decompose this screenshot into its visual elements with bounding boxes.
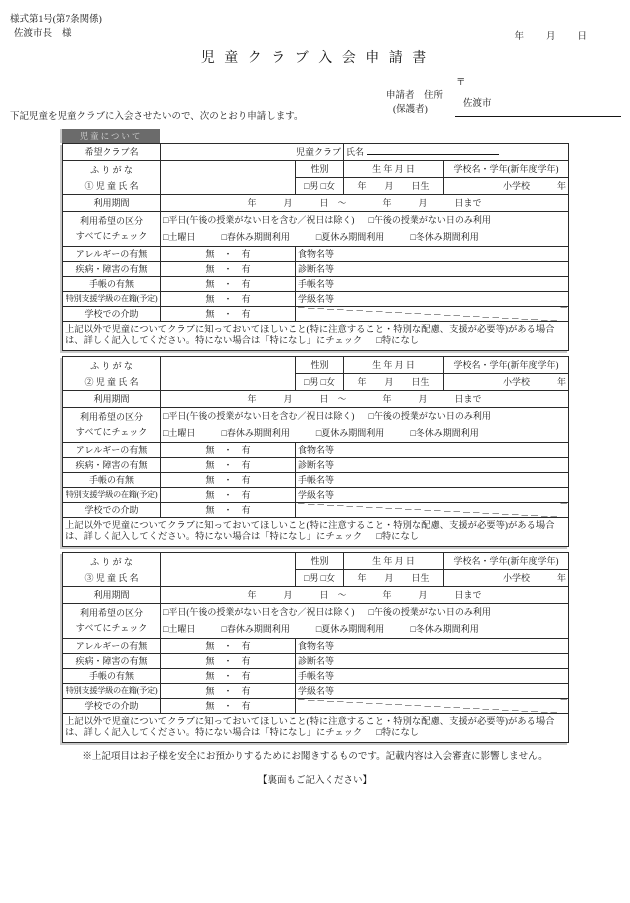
period-label: 利用期間	[63, 391, 161, 408]
special-class-label: 特別支援学級の在籍(予定)	[63, 684, 161, 699]
allergy-none-yes[interactable]: 無 ・ 有	[161, 639, 296, 654]
child-number-label: ③ 児 童 氏 名	[65, 570, 158, 586]
diagnosis-name-cell[interactable]: 診断名等	[296, 654, 569, 669]
category-label-cell: 利用希望の区分 すべてにチェック	[63, 212, 161, 247]
allergy-none-yes[interactable]: 無 ・ 有	[161, 443, 296, 458]
sex-checkboxes[interactable]: □男 □女	[296, 374, 344, 391]
footer-back-note: 【裏面もご記入ください】	[0, 772, 630, 786]
birth-label: 生 年 月 日	[344, 357, 444, 374]
allergy-label: アレルギーの有無	[63, 443, 161, 458]
checkbox-summer-break[interactable]: □夏休み期間利用	[316, 624, 384, 635]
notebook-none-yes[interactable]: 無 ・ 有	[161, 277, 296, 292]
note-text: 上記以外で児童についてクラブに知っておいてほしいこと(特に注意すること・特別な配…	[65, 717, 554, 738]
checkbox-nothing-special[interactable]: □特になし	[376, 728, 419, 738]
food-name-cell[interactable]: 食物名等	[296, 443, 569, 458]
class-name-cell[interactable]: 学級名等	[296, 684, 569, 699]
category-sublabel: すべてにチェック	[65, 621, 158, 636]
period-label: 利用期間	[63, 587, 161, 604]
sex-checkboxes[interactable]: □男 □女	[296, 178, 344, 195]
addressee-honorific: 様	[62, 29, 72, 39]
checkbox-saturday[interactable]: □土曜日	[163, 624, 195, 635]
category-label-cell: 利用希望の区分 すべてにチェック	[63, 604, 161, 639]
child-name-label-cell: ふ り が な ② 児 童 氏 名	[63, 357, 161, 391]
addressee-name: 佐渡市長	[14, 29, 52, 39]
date-fill-line[interactable]: 年 月 日	[514, 28, 588, 42]
category-options-cell: □平日(午後の授業がない日を含む／祝日は除く) □午後の授業がない日のみ利用 □…	[161, 408, 569, 443]
checkbox-afternoon-only[interactable]: □午後の授業がない日のみ利用	[368, 607, 490, 618]
checkbox-winter-break[interactable]: □冬休み期間利用	[410, 624, 478, 635]
period-input-cell[interactable]: 年 月 日 ～ 年 月 日まで	[161, 195, 569, 212]
checkbox-summer-break[interactable]: □夏休み期間利用	[316, 428, 384, 439]
guardian-name-label: 氏名	[346, 147, 364, 157]
child-name-input-cell[interactable]	[161, 553, 296, 587]
period-label: 利用期間	[63, 195, 161, 212]
diagonal-strike-cell	[296, 307, 569, 322]
sex-label: 性別	[296, 161, 344, 178]
child-section-1: 希望クラブ名 児童クラブ 氏名 ふ り が な ① 児 童 氏 名 性別 生 年…	[62, 143, 569, 351]
checkbox-nothing-special[interactable]: □特になし	[376, 532, 419, 542]
disease-label: 疾病・障害の有無	[63, 458, 161, 473]
school-input-cell[interactable]: 小学校 年	[444, 178, 569, 195]
category-label: 利用希望の区分	[65, 214, 158, 229]
checkbox-saturday[interactable]: □土曜日	[163, 428, 195, 439]
allergy-label: アレルギーの有無	[63, 247, 161, 262]
guardian-name-underline[interactable]	[367, 154, 499, 155]
sex-label: 性別	[296, 553, 344, 570]
category-options-cell: □平日(午後の授業がない日を含む／祝日は除く) □午後の授業がない日のみ利用 □…	[161, 604, 569, 639]
note-cell[interactable]: 上記以外で児童についてクラブに知っておいてほしいこと(特に注意すること・特別な配…	[63, 518, 569, 547]
school-input-cell[interactable]: 小学校 年	[444, 570, 569, 587]
note-text: 上記以外で児童についてクラブに知っておいてほしいこと(特に注意すること・特別な配…	[65, 325, 554, 346]
notebook-label: 手帳の有無	[63, 277, 161, 292]
checkbox-spring-break[interactable]: □春休み期間利用	[221, 624, 289, 635]
diagnosis-name-cell[interactable]: 診断名等	[296, 458, 569, 473]
class-name-cell[interactable]: 学級名等	[296, 488, 569, 503]
disease-label: 疾病・障害の有無	[63, 262, 161, 277]
birth-input-cell[interactable]: 年 月 日生	[344, 374, 444, 391]
note-text: 上記以外で児童についてクラブに知っておいてほしいこと(特に注意すること・特別な配…	[65, 521, 554, 542]
child-name-input-cell[interactable]	[161, 357, 296, 391]
child-name-input-cell[interactable]	[161, 161, 296, 195]
checkbox-spring-break[interactable]: □春休み期間利用	[221, 232, 289, 243]
school-assist-none-yes[interactable]: 無 ・ 有	[161, 699, 296, 714]
notebook-none-yes[interactable]: 無 ・ 有	[161, 473, 296, 488]
diagnosis-name-cell[interactable]: 診断名等	[296, 262, 569, 277]
birth-input-cell[interactable]: 年 月 日生	[344, 178, 444, 195]
checkbox-nothing-special[interactable]: □特になし	[376, 336, 419, 346]
checkbox-afternoon-only[interactable]: □午後の授業がない日のみ利用	[368, 411, 490, 422]
school-assist-none-yes[interactable]: 無 ・ 有	[161, 307, 296, 322]
school-label: 学校名・学年(新年度学年)	[444, 161, 569, 178]
birth-label: 生 年 月 日	[344, 161, 444, 178]
checkbox-weekday[interactable]: □平日(午後の授業がない日を含む／祝日は除く)	[163, 411, 354, 422]
intro-text: 下記児童を児童クラブに入会させたいので、次のとおり申請します。	[10, 108, 304, 122]
school-assist-none-yes[interactable]: 無 ・ 有	[161, 503, 296, 518]
checkbox-summer-break[interactable]: □夏休み期間利用	[316, 232, 384, 243]
period-input-cell[interactable]: 年 月 日 ～ 年 月 日まで	[161, 587, 569, 604]
special-class-none-yes[interactable]: 無 ・ 有	[161, 488, 296, 503]
special-class-label: 特別支援学級の在籍(予定)	[63, 292, 161, 307]
child-name-label-cell: ふ り が な ③ 児 童 氏 名	[63, 553, 161, 587]
checkbox-saturday[interactable]: □土曜日	[163, 232, 195, 243]
sex-label: 性別	[296, 357, 344, 374]
form-body: 児童について 希望クラブ名 児童クラブ 氏名 ふ り が な ① 児 童 氏 名…	[62, 129, 568, 743]
food-name-cell[interactable]: 食物名等	[296, 247, 569, 262]
diagonal-strike-cell	[296, 699, 569, 714]
checkbox-weekday[interactable]: □平日(午後の授業がない日を含む／祝日は除く)	[163, 215, 354, 226]
food-name-cell[interactable]: 食物名等	[296, 639, 569, 654]
notebook-name-cell[interactable]: 手帳名等	[296, 669, 569, 684]
address-underline[interactable]	[455, 101, 621, 117]
applicant-label-line1: 申請者 住所	[386, 87, 443, 101]
application-form-page: 様式第1号(第7条関係) 佐渡市長様 年 月 日 児 童 ク ラ ブ 入 会 申…	[0, 0, 630, 903]
notebook-label: 手帳の有無	[63, 669, 161, 684]
furigana-label: ふ り が な	[65, 162, 158, 178]
sex-checkboxes[interactable]: □男 □女	[296, 570, 344, 587]
school-assist-label: 学校での介助	[63, 503, 161, 518]
child-number-label: ② 児 童 氏 名	[65, 374, 158, 390]
category-sublabel: すべてにチェック	[65, 425, 158, 440]
birth-label: 生 年 月 日	[344, 553, 444, 570]
diagonal-strike-cell	[296, 503, 569, 518]
form-title: 児 童 ク ラ ブ 入 会 申 請 書	[0, 47, 630, 67]
note-cell[interactable]: 上記以外で児童についてクラブに知っておいてほしいこと(特に注意すること・特別な配…	[63, 714, 569, 743]
guardian-name-cell[interactable]: 氏名	[344, 144, 569, 161]
disease-none-yes[interactable]: 無 ・ 有	[161, 262, 296, 277]
category-label-cell: 利用希望の区分 すべてにチェック	[63, 408, 161, 443]
special-class-label: 特別支援学級の在籍(予定)	[63, 488, 161, 503]
notebook-label: 手帳の有無	[63, 473, 161, 488]
disease-none-yes[interactable]: 無 ・ 有	[161, 458, 296, 473]
child-number-label: ① 児 童 氏 名	[65, 178, 158, 194]
postal-mark: 〒	[456, 74, 466, 88]
section-tab-children: 児童について	[62, 129, 160, 143]
category-sublabel: すべてにチェック	[65, 229, 158, 244]
category-options-cell: □平日(午後の授業がない日を含む／祝日は除く) □午後の授業がない日のみ利用 □…	[161, 212, 569, 247]
applicant-label-line2: (保護者)	[393, 101, 428, 115]
club-name-label: 希望クラブ名	[63, 144, 161, 161]
notebook-none-yes[interactable]: 無 ・ 有	[161, 669, 296, 684]
class-name-cell[interactable]: 学級名等	[296, 292, 569, 307]
disease-none-yes[interactable]: 無 ・ 有	[161, 654, 296, 669]
furigana-label: ふ り が な	[65, 358, 158, 374]
school-assist-label: 学校での介助	[63, 307, 161, 322]
notebook-name-cell[interactable]: 手帳名等	[296, 277, 569, 292]
child-name-label-cell: ふ り が な ① 児 童 氏 名	[63, 161, 161, 195]
school-assist-label: 学校での介助	[63, 699, 161, 714]
checkbox-weekday[interactable]: □平日(午後の授業がない日を含む／祝日は除く)	[163, 607, 354, 618]
birth-input-cell[interactable]: 年 月 日生	[344, 570, 444, 587]
checkbox-winter-break[interactable]: □冬休み期間利用	[410, 232, 478, 243]
child-section-2: ふ り が な ② 児 童 氏 名 性別 生 年 月 日 学校名・学年(新年度学…	[62, 356, 569, 547]
allergy-label: アレルギーの有無	[63, 639, 161, 654]
club-name-suffix: 児童クラブ	[296, 147, 341, 157]
furigana-label: ふ り が な	[65, 554, 158, 570]
child-section-3: ふ り が な ③ 児 童 氏 名 性別 生 年 月 日 学校名・学年(新年度学…	[62, 552, 569, 743]
addressee-line: 佐渡市長様	[14, 25, 72, 39]
checkbox-spring-break[interactable]: □春休み期間利用	[221, 428, 289, 439]
period-input-cell[interactable]: 年 月 日 ～ 年 月 日まで	[161, 391, 569, 408]
note-cell[interactable]: 上記以外で児童についてクラブに知っておいてほしいこと(特に注意すること・特別な配…	[63, 322, 569, 351]
club-name-input-cell[interactable]: 児童クラブ	[161, 144, 344, 161]
school-label: 学校名・学年(新年度学年)	[444, 553, 569, 570]
school-input-cell[interactable]: 小学校 年	[444, 374, 569, 391]
notebook-name-cell[interactable]: 手帳名等	[296, 473, 569, 488]
allergy-none-yes[interactable]: 無 ・ 有	[161, 247, 296, 262]
school-label: 学校名・学年(新年度学年)	[444, 357, 569, 374]
special-class-none-yes[interactable]: 無 ・ 有	[161, 292, 296, 307]
form-code-label: 様式第1号(第7条関係)	[10, 11, 102, 25]
checkbox-afternoon-only[interactable]: □午後の授業がない日のみ利用	[368, 215, 490, 226]
category-label: 利用希望の区分	[65, 606, 158, 621]
checkbox-winter-break[interactable]: □冬休み期間利用	[410, 428, 478, 439]
category-label: 利用希望の区分	[65, 410, 158, 425]
special-class-none-yes[interactable]: 無 ・ 有	[161, 684, 296, 699]
disease-label: 疾病・障害の有無	[63, 654, 161, 669]
footer-note: ※上記項目はお子様を安全にお預かりするためにお聞きするものです。記載内容は入会審…	[0, 748, 630, 762]
